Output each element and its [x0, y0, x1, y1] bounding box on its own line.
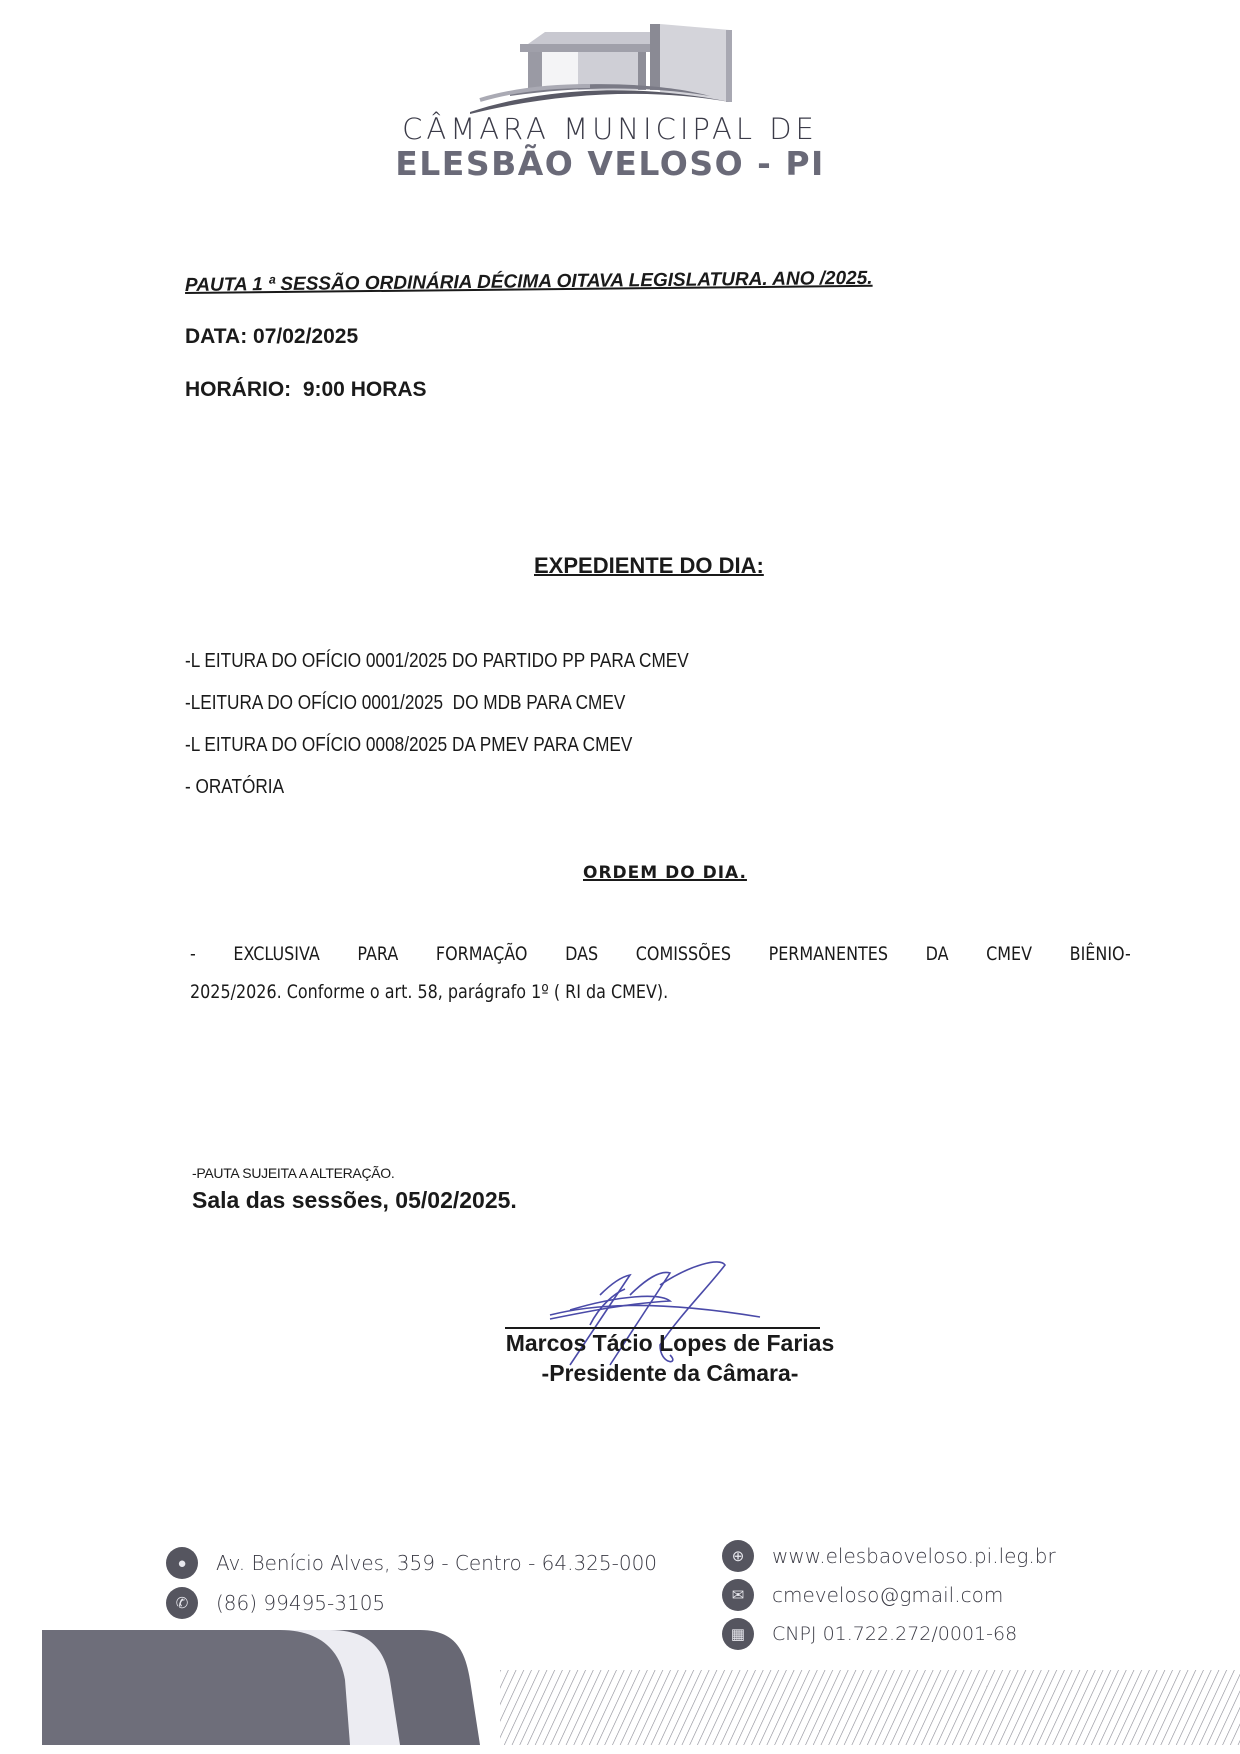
- document-title: PAUTA 1 ª SESSÃO ORDINÁRIA DÉCIMA OITAVA…: [185, 268, 873, 297]
- ordem-paragraph: - EXCLUSIVA PARA FORMAÇÃO DAS COMISSÕES …: [190, 935, 980, 1011]
- list-item: -L EITURA DO OFÍCIO 0001/2025 DO PARTIDO…: [185, 640, 689, 682]
- signer-name: Marcos Tácio Lopes de Farias: [460, 1330, 880, 1357]
- footer-website[interactable]: ⊕ www.elesbaoveloso.pi.leg.br: [722, 1540, 1056, 1572]
- address-text: Av. Benício Alves, 359 - Centro - 64.325…: [216, 1551, 657, 1575]
- mail-icon: ✉: [722, 1579, 754, 1611]
- whatsapp-icon: ✆: [166, 1587, 198, 1619]
- building-icon: [470, 22, 790, 122]
- footer-phone: ✆ (86) 99495-3105: [166, 1587, 385, 1619]
- footer-cnpj: ▦ CNPJ 01.722.272/0001-68: [722, 1618, 1017, 1650]
- footer-address: ● Av. Benício Alves, 359 - Centro - 64.3…: [166, 1547, 657, 1579]
- phone-text: (86) 99495-3105: [216, 1591, 385, 1615]
- ordem-line-2: 2025/2026. Conforme o art. 58, parágrafo…: [190, 981, 668, 1003]
- cnpj-text: CNPJ 01.722.272/0001-68: [772, 1623, 1017, 1645]
- ordem-line-1: - EXCLUSIVA PARA FORMAÇÃO DAS COMISSÕES …: [190, 935, 1131, 973]
- signature-scribble: [510, 1255, 830, 1375]
- globe-icon: ⊕: [722, 1540, 754, 1572]
- footer-email[interactable]: ✉ cmeveloso@gmail.com: [722, 1579, 1003, 1611]
- org-name-line1: CÂMARA MUNICIPAL DE: [380, 112, 840, 146]
- place-date: Sala das sessões, 05/02/2025.: [192, 1187, 517, 1214]
- expediente-heading: EXPEDIENTE DO DIA:: [534, 553, 764, 579]
- alteration-note: -PAUTA SUJEITA A ALTERAÇÃO.: [192, 1165, 394, 1181]
- building-id-icon: ▦: [722, 1618, 754, 1650]
- org-name-line2: ELESBÃO VELOSO - PI: [380, 144, 840, 183]
- session-time: HORÁRIO: 9:00 HORAS: [185, 378, 427, 402]
- footer-decoration: [0, 1600, 1240, 1754]
- website-text[interactable]: www.elesbaoveloso.pi.leg.br: [772, 1544, 1056, 1568]
- signature-line: [505, 1327, 820, 1329]
- ordem-heading: ORDEM DO DIA.: [583, 863, 747, 883]
- signer-role: -Presidente da Câmara-: [460, 1360, 880, 1387]
- email-text[interactable]: cmeveloso@gmail.com: [772, 1583, 1003, 1607]
- list-item: - ORATÓRIA: [185, 766, 689, 808]
- list-item: -LEITURA DO OFÍCIO 0001/2025 DO MDB PARA…: [185, 682, 689, 724]
- map-pin-icon: ●: [166, 1547, 198, 1579]
- expediente-list: -L EITURA DO OFÍCIO 0001/2025 DO PARTIDO…: [185, 640, 689, 808]
- list-item: -L EITURA DO OFÍCIO 0008/2025 DA PMEV PA…: [185, 724, 689, 766]
- session-date: DATA: 07/02/2025: [185, 325, 358, 349]
